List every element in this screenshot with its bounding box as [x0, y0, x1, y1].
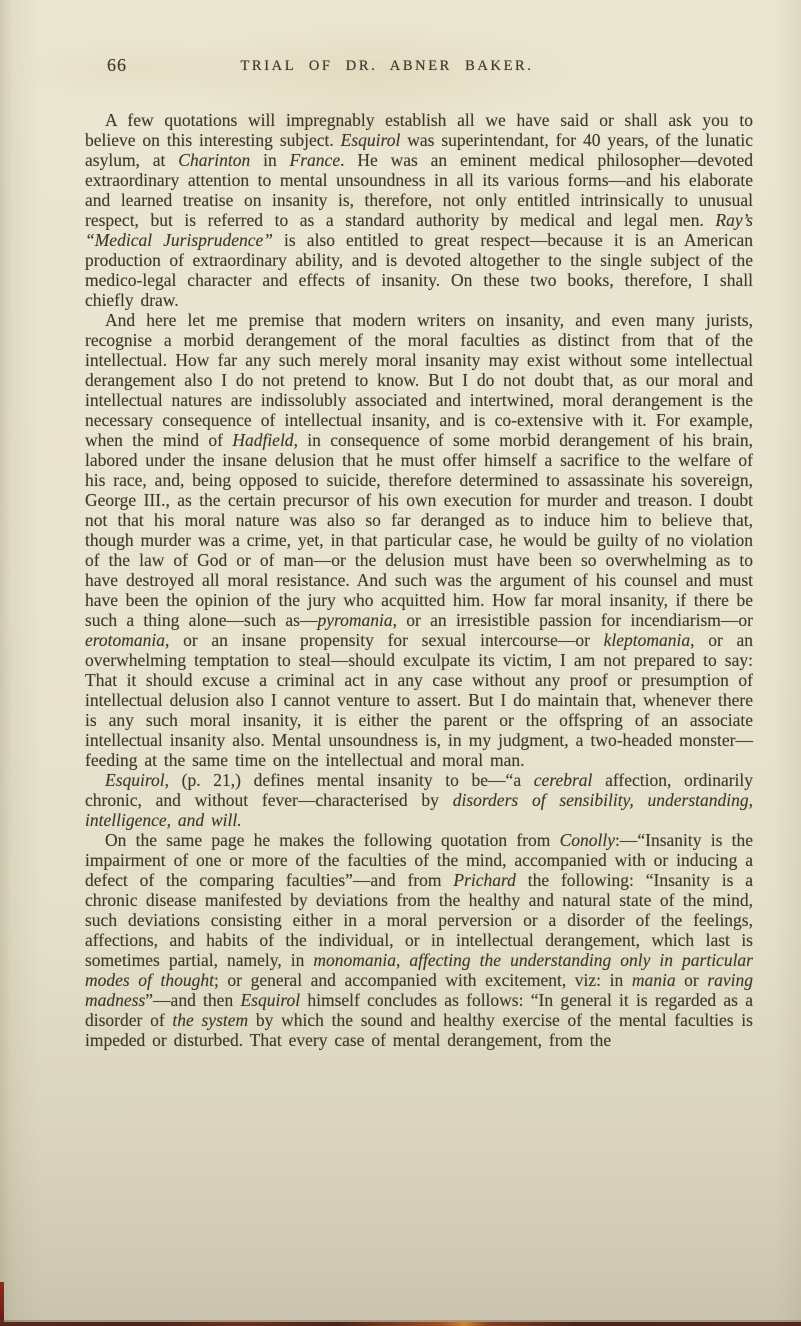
italic-text-segment: Hadfield	[232, 430, 293, 450]
paragraph-2: And here let me premise that modern writ…	[85, 310, 753, 770]
text-segment: , (p. 21,) defines mental insanity to be…	[165, 770, 534, 790]
paragraph-3: Esquirol, (p. 21,) defines mental insani…	[85, 770, 753, 830]
italic-text-segment: Conolly	[560, 830, 615, 850]
italic-text-segment: Charinton	[178, 150, 250, 170]
book-page: 66 TRIAL OF DR. ABNER BAKER. A few quota…	[0, 0, 801, 1326]
italic-text-segment: erotomania	[85, 630, 165, 650]
text-segment: And here let me premise that modern writ…	[85, 310, 753, 450]
italic-text-segment: cerebral	[534, 770, 593, 790]
text-segment: ”—and then	[145, 990, 240, 1010]
book-cover-edge-left	[0, 1282, 4, 1324]
text-segment: , or an overwhelming temptation to steal…	[85, 630, 753, 770]
italic-text-segment: kleptomania	[604, 630, 691, 650]
italic-text-segment: Esquirol	[341, 130, 401, 150]
italic-text-segment: pyromania	[317, 610, 392, 630]
paragraph-4: On the same page he makes the following …	[85, 830, 753, 1050]
text-segment: , or an irresistible passion for incendi…	[393, 610, 753, 630]
running-title: TRIAL OF DR. ABNER BAKER.	[53, 58, 721, 75]
book-cover-edge-bottom	[0, 1322, 801, 1326]
text-segment: ; or general and accompanied with excite…	[214, 970, 632, 990]
text-segment: , in consequence of some morbid derangem…	[85, 430, 753, 630]
text-segment: On the same page he makes the following …	[105, 830, 560, 850]
text-segment: or	[676, 970, 708, 990]
italic-text-segment: the system	[172, 1010, 248, 1030]
italic-text-segment: Esquirol	[105, 770, 165, 790]
italic-text-segment: Prichard	[453, 870, 516, 890]
page-body: A few quotations will impregnably establ…	[85, 110, 753, 1050]
italic-text-segment: France	[290, 150, 341, 170]
italic-text-segment: Esquirol	[240, 990, 300, 1010]
paragraph-1: A few quotations will impregnably establ…	[85, 110, 753, 310]
text-segment: , or an insane propensity for sexual int…	[165, 630, 604, 650]
italic-text-segment: mania	[632, 970, 676, 990]
text-segment: in	[250, 150, 289, 170]
running-head: 66 TRIAL OF DR. ABNER BAKER.	[85, 54, 753, 82]
